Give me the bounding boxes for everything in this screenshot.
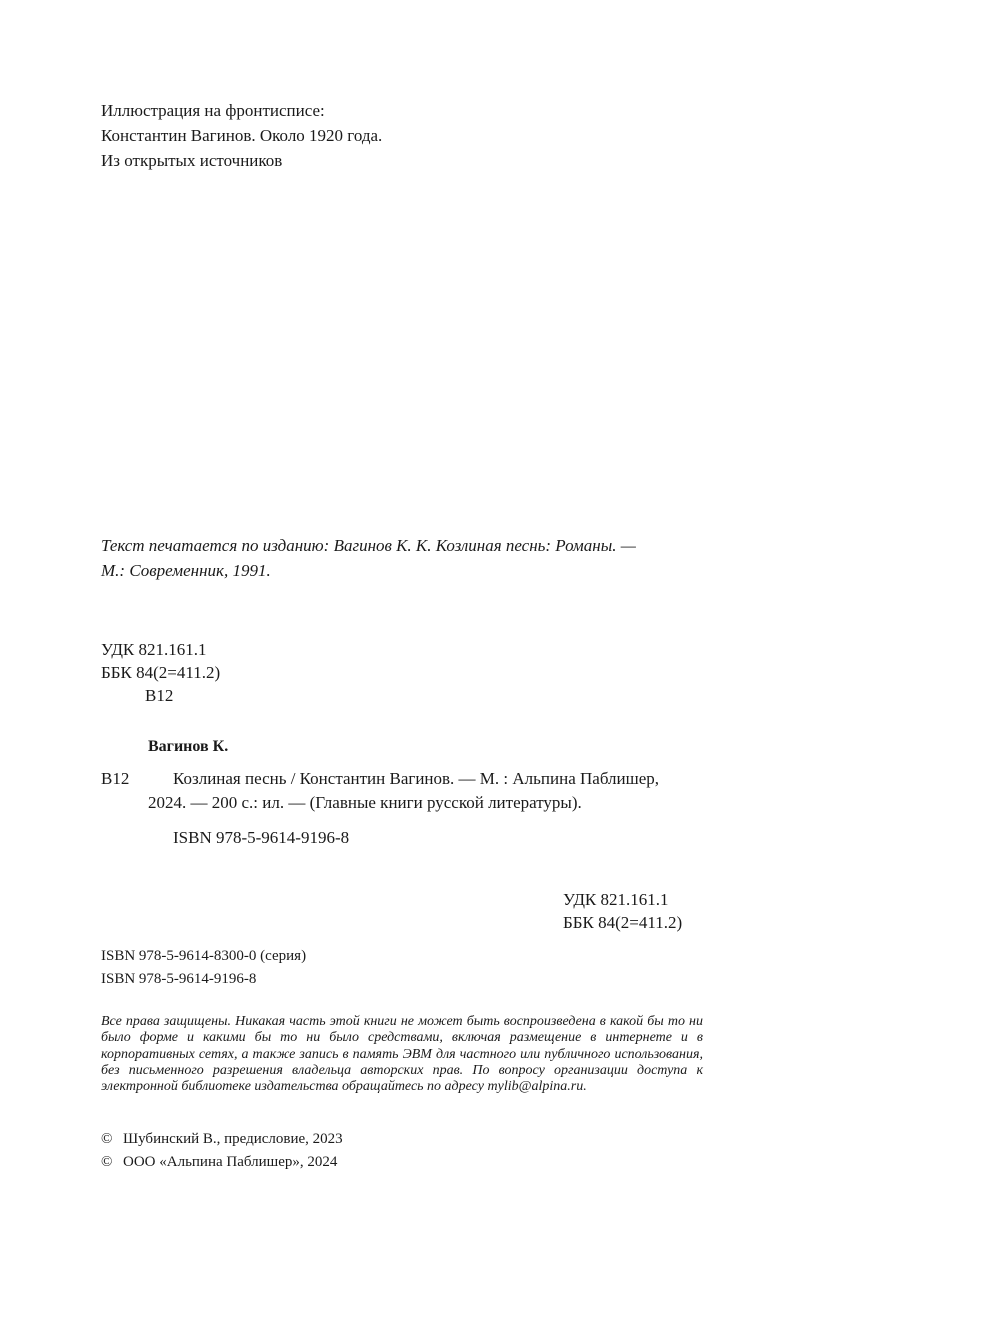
- caption-line: Константин Вагинов. Около 1920 года.: [101, 123, 382, 148]
- record-line: 2024. — 200 с.: ил. — (Главные книги рус…: [101, 791, 706, 815]
- isbn-list: ISBN 978-5-9614-8300-0 (серия) ISBN 978-…: [101, 945, 306, 991]
- rights-notice: Все права защищены. Никакая часть этой к…: [101, 1014, 703, 1095]
- author-heading: Вагинов К.: [148, 738, 228, 756]
- record-isbn: ISBN 978-5-9614-9196-8: [101, 826, 706, 850]
- frontispiece-caption: Иллюстрация на фронтисписе: Константин В…: [101, 98, 382, 173]
- source-note-line: Текст печатается по изданию: Вагинов К. …: [101, 533, 636, 558]
- caption-line: Из открытых источников: [101, 148, 382, 173]
- isbn-book: ISBN 978-5-9614-9196-8: [101, 968, 306, 991]
- author-mark: В12: [101, 684, 220, 707]
- udk-code: УДК 821.161.1: [563, 888, 682, 911]
- classification-codes-bottom: УДК 821.161.1 ББК 84(2=411.2): [563, 888, 682, 934]
- copyright-item: ©Шубинский В., предисловие, 2023: [101, 1128, 343, 1151]
- copyright-item: ©ООО «Альпина Паблишер», 2024: [101, 1151, 343, 1174]
- caption-line: Иллюстрация на фронтисписе:: [101, 98, 382, 123]
- udk-code: УДК 821.161.1: [101, 638, 220, 661]
- source-edition-note: Текст печатается по изданию: Вагинов К. …: [101, 533, 636, 583]
- bbk-code: ББК 84(2=411.2): [101, 661, 220, 684]
- bbk-code: ББК 84(2=411.2): [563, 911, 682, 934]
- record-author-mark: В12: [101, 767, 173, 791]
- bibliographic-record: В12 Козлиная песнь / Константин Вагинов.…: [101, 767, 706, 850]
- classification-codes-top: УДК 821.161.1 ББК 84(2=411.2) В12: [101, 638, 220, 707]
- copyright-icon: ©: [101, 1151, 123, 1174]
- isbn-series: ISBN 978-5-9614-8300-0 (серия): [101, 945, 306, 968]
- copyright-text: ООО «Альпина Паблишер», 2024: [123, 1154, 337, 1170]
- source-note-line: М.: Современник, 1991.: [101, 558, 636, 583]
- copyright-text: Шубинский В., предисловие, 2023: [123, 1131, 343, 1147]
- record-line: Козлиная песнь / Константин Вагинов. — М…: [173, 767, 659, 791]
- copyright-icon: ©: [101, 1128, 123, 1151]
- copyright-list: ©Шубинский В., предисловие, 2023 ©ООО «А…: [101, 1128, 343, 1174]
